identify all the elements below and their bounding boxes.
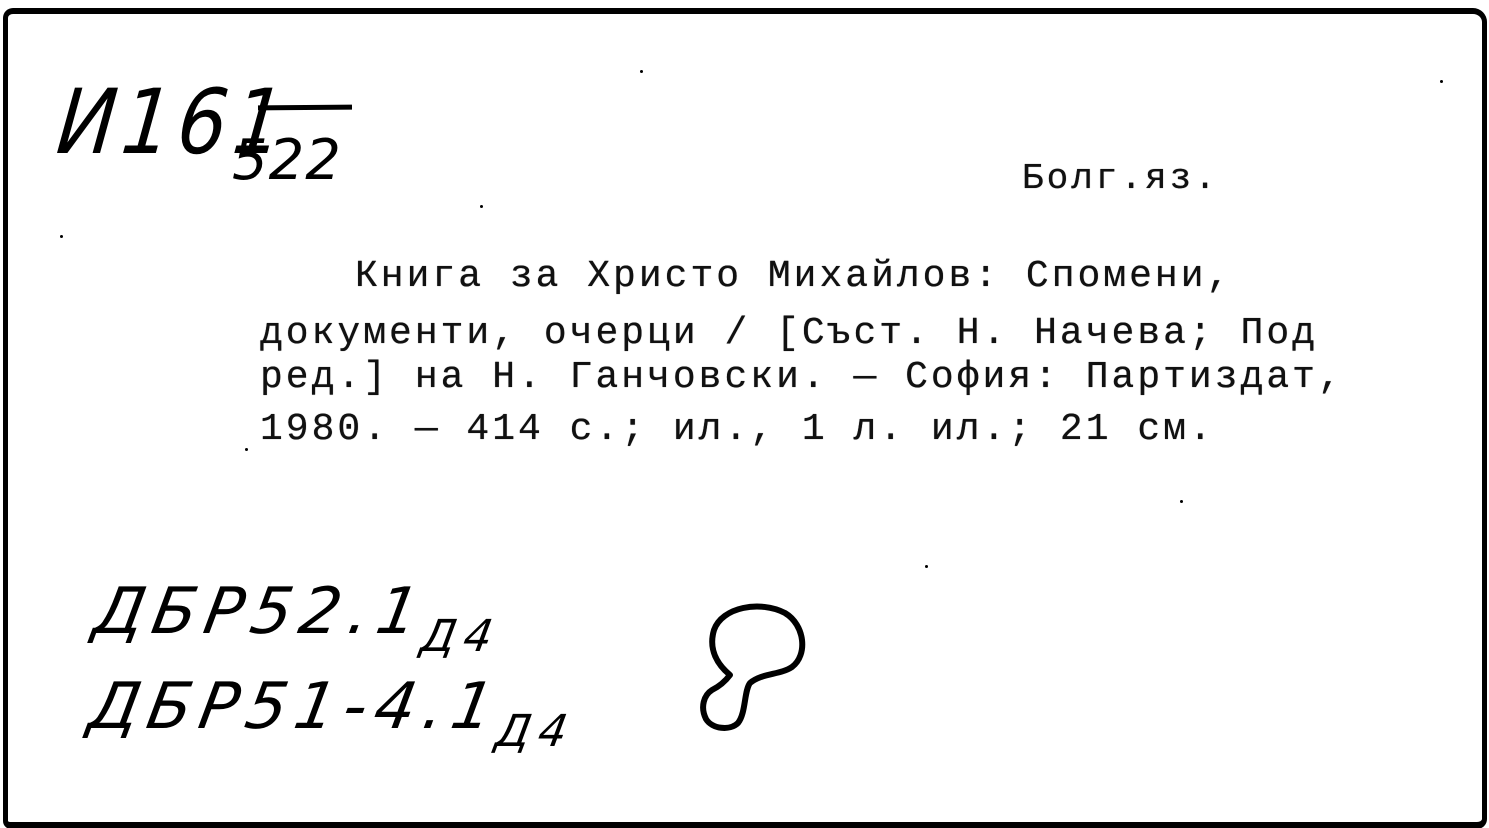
loop-stamp-icon: [700, 595, 820, 740]
scan-speck: [640, 70, 643, 73]
scan-speck: [60, 235, 63, 238]
author-mark: 522: [232, 128, 342, 193]
author-mark-overline: [258, 105, 352, 111]
scan-speck: [245, 448, 248, 451]
classification-code-1-suffix: Д4: [417, 611, 504, 662]
classification-code-2: ДБР51-4.1Д4: [83, 670, 585, 744]
scan-speck: [1180, 500, 1183, 503]
classification-code-1-main: ДБР52.1: [88, 575, 432, 649]
description-line-4: 1980. — 414 с.; ил., 1 л. ил.; 21 см.: [260, 408, 1215, 451]
scan-speck: [1440, 80, 1443, 83]
classification-code-1: ДБР52.1Д4: [88, 575, 510, 649]
description-line-3: ред.] на Н. Ганчовски. — София: Партизда…: [260, 356, 1344, 399]
description-line-1: Книга за Христо Михайлов: Спомени,: [355, 255, 1232, 298]
description-line-2: документи, очерци / [Съст. Н. Начева; По…: [260, 312, 1318, 355]
classification-code-2-main: ДБР51-4.1: [83, 670, 507, 744]
scan-speck: [925, 565, 928, 568]
classification-code-2-suffix: Д4: [492, 706, 579, 757]
scan-speck: [480, 205, 483, 208]
language-note: Болг.яз.: [1022, 158, 1219, 199]
